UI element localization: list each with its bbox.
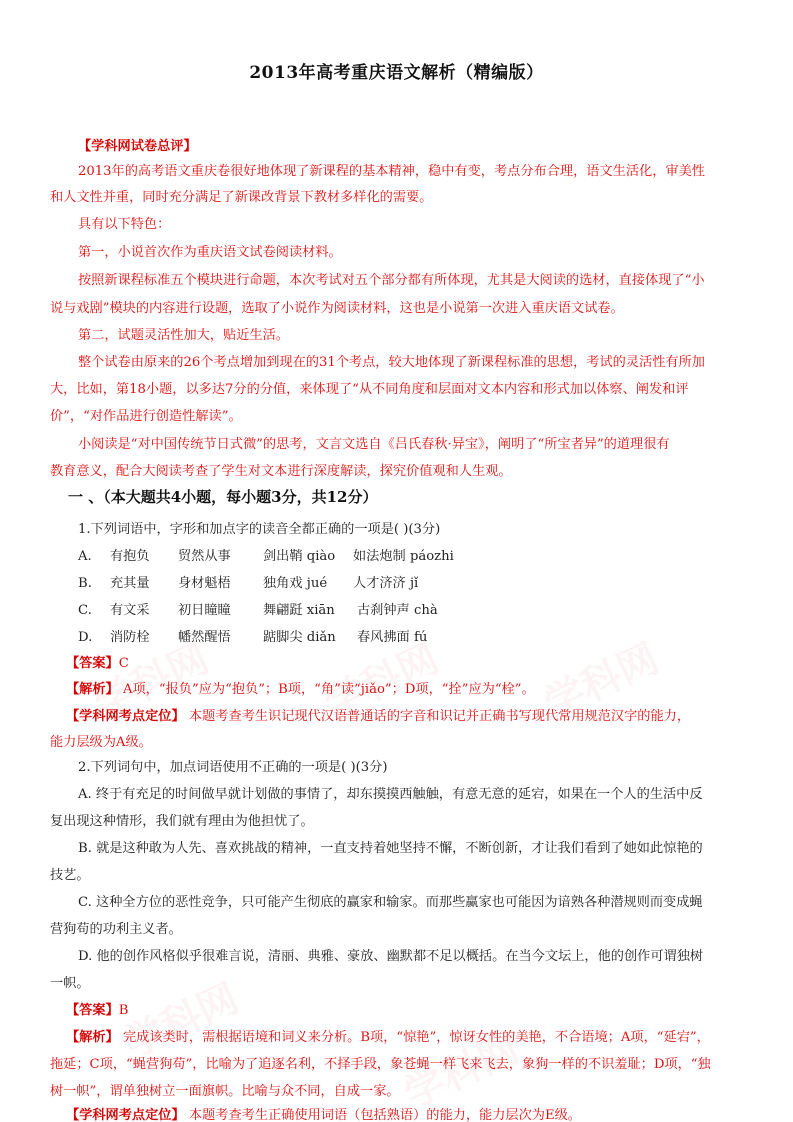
q2-line: A. 终于有充足的时间做早就计划做的事情了，却东摸摸西触触，有意无意的延宕，如果… — [78, 783, 703, 802]
analysis-text: 完成该类时，需根据语境和词义来分析。B项，“惊艳”，惊讶女性的美艳，不合语境；A… — [119, 1030, 710, 1045]
option-word: 如法炮制 páozhi — [353, 545, 454, 564]
review-line: 2013年的高考语文重庆卷很好地体现了新课程的基本精神，稳中有变，考点分布合理，… — [78, 160, 705, 179]
document-title: 2013年高考重庆语文解析（精编版） — [0, 58, 793, 83]
q1-option-d: D.消防栓幡然醒悟踮脚尖 diǎn春风拂面 fú — [78, 626, 427, 645]
review-line: 教育意义，配合大阅读考查了学生对文本进行深度解读，探究价值观和人生观。 — [50, 460, 512, 479]
review-line: 价”，“对作品进行创造性解读”。 — [50, 405, 242, 424]
q1-option-b: B.充其量身材魁梧独角戏 jué人才济济 jǐ — [78, 572, 418, 591]
q2-line: B. 就是这种敢为人先、喜欢挑战的精神，一直支持着她坚持不懈，不断创新，才让我们… — [78, 837, 703, 856]
option-word: 消防栓 — [110, 626, 178, 645]
section-heading: 一 、（本大题共4小题，每小题3分，共12分） — [68, 486, 377, 507]
q1-position: 【学科网考点定位】 本题考查考生识记现代汉语普通话的字音和识记并正确书写现代常用… — [66, 705, 690, 724]
review-line: 按照新课程标准五个模块进行命题，本次考试对五个部分都有所体现，尤其是大阅读的选材… — [78, 269, 705, 288]
q2-analysis: 【解析】 完成该类时，需根据语境和词义来分析。B项，“惊艳”，惊讶女性的美艳，不… — [66, 1026, 710, 1045]
review-line: 第二，试题灵活性加大，贴近生活。 — [78, 324, 289, 343]
option-letter: C. — [78, 603, 110, 618]
q2-analysis-cont: 拖延；C项，“蝇营狗苟”，比喻为了追逐名利，不择手段，象苍蝇一样飞来飞去，象狗一… — [50, 1053, 711, 1072]
question-1-stem: 1.下列词语中，字形和加点字的读音全都正确的一项是( )(3分) — [78, 518, 440, 537]
option-word: 有抱负 — [110, 545, 178, 564]
option-letter: D. — [78, 630, 110, 645]
review-line: 说与戏剧”模块的内容进行设题，选取了小说作为阅读材料，这也是小说第一次进入重庆语… — [50, 297, 624, 316]
option-letter: B. — [78, 576, 110, 591]
review-line: 大，比如，第18小题，以多达7分的分值，来体现了“从不同角度和层面对文本内容和形… — [50, 378, 689, 397]
option-word: 踮脚尖 diǎn — [263, 626, 357, 645]
analysis-label: 【解析】 — [66, 682, 119, 697]
q2-line: 技艺。 — [50, 864, 90, 883]
q1-analysis: 【解析】 A项，“报负”应为“抱负”；B项，“角”读“jiǎo”；D项，“拴”应… — [66, 678, 535, 697]
q2-line: 复出现这种情形，我们就有理由为他担忧了。 — [50, 810, 314, 829]
review-line: 整个试卷由原来的26个考点增加到现在的31个考点，较大地体现了新课程标准的思想，… — [78, 351, 705, 370]
answer-value: C — [119, 656, 129, 671]
q1-answer: 【答案】C — [66, 652, 129, 671]
option-letter: A. — [78, 549, 110, 564]
answer-value: B — [119, 1003, 129, 1018]
option-word: 独角戏 jué — [263, 572, 353, 591]
position-label: 【学科网考点定位】 — [66, 1108, 185, 1122]
q2-answer: 【答案】B — [66, 999, 128, 1018]
option-word: 初日瞳瞳 — [178, 599, 263, 618]
review-line: 和人文性并重，同时充分满足了新课改背景下教材多样化的需要。 — [50, 186, 432, 205]
q1-position-cont: 能力层级为A级。 — [50, 731, 152, 750]
q1-option-c: C.有文采初日瞳瞳舞翩跹 xiān古刹钟声 chà — [78, 599, 438, 618]
option-word: 古刹钟声 chà — [357, 599, 438, 618]
q2-line: C. 这种全方位的恶性竞争，只可能产生彻底的赢家和输家。而那些赢家也可能因为谙熟… — [78, 891, 703, 910]
option-word: 舞翩跹 xiān — [263, 599, 357, 618]
position-text: 本题考查考生正确使用词语（包括熟语）的能力，能力层次为E级。 — [185, 1108, 581, 1122]
answer-label: 【答案】 — [66, 656, 119, 671]
option-word: 充其量 — [110, 572, 178, 591]
review-line: 小阅读是“对中国传统节日式微”的思考，文言文选自《吕氏春秋·异宝》，阐明了“所宝… — [78, 433, 670, 452]
option-word: 剑出鞘 qiào — [263, 545, 353, 564]
position-label: 【学科网考点定位】 — [66, 709, 185, 724]
q2-position: 【学科网考点定位】 本题考查考生正确使用词语（包括熟语）的能力，能力层次为E级。 — [66, 1104, 581, 1122]
option-word: 幡然醒悟 — [178, 626, 263, 645]
q2-line: 一帜。 — [50, 972, 90, 991]
q2-line: D. 他的创作风格似乎很难言说，清丽、典雅、豪放、幽默都不足以概括。在当今文坛上… — [78, 945, 703, 964]
review-label: 【学科网试卷总评】 — [78, 135, 197, 154]
analysis-text: A项，“报负”应为“抱负”；B项，“角”读“jiǎo”；D项，“拴”应为“栓”。 — [119, 682, 535, 697]
position-text: 本题考查考生识记现代汉语普通话的字音和识记并正确书写现代常用规范汉字的能力， — [185, 709, 690, 724]
review-line: 具有以下特色： — [78, 213, 170, 232]
option-word: 贸然从事 — [178, 545, 263, 564]
analysis-label: 【解析】 — [66, 1030, 119, 1045]
review-line: 第一，小说首次作为重庆语文试卷阅读材料。 — [78, 241, 342, 260]
q2-analysis-cont: 树一帜”，谓单独树立一面旗帜。比喻与众不同，自成一家。 — [50, 1080, 400, 1099]
document-page: 学科网 学科网 学科网 学科网 学科网 2013年高考重庆语文解析（精编版） 【… — [0, 0, 793, 1122]
answer-label: 【答案】 — [66, 1003, 119, 1018]
question-2-stem: 2.下列词句中，加点词语使用不正确的一项是( )(3分) — [78, 756, 388, 775]
q1-option-a: A.有抱负贸然从事剑出鞘 qiào如法炮制 páozhi — [78, 545, 454, 564]
option-word: 身材魁梧 — [178, 572, 263, 591]
q2-line: 营狗苟的功利主义者。 — [50, 918, 182, 937]
option-word: 春风拂面 fú — [357, 626, 427, 645]
option-word: 有文采 — [110, 599, 178, 618]
option-word: 人才济济 jǐ — [353, 572, 418, 591]
